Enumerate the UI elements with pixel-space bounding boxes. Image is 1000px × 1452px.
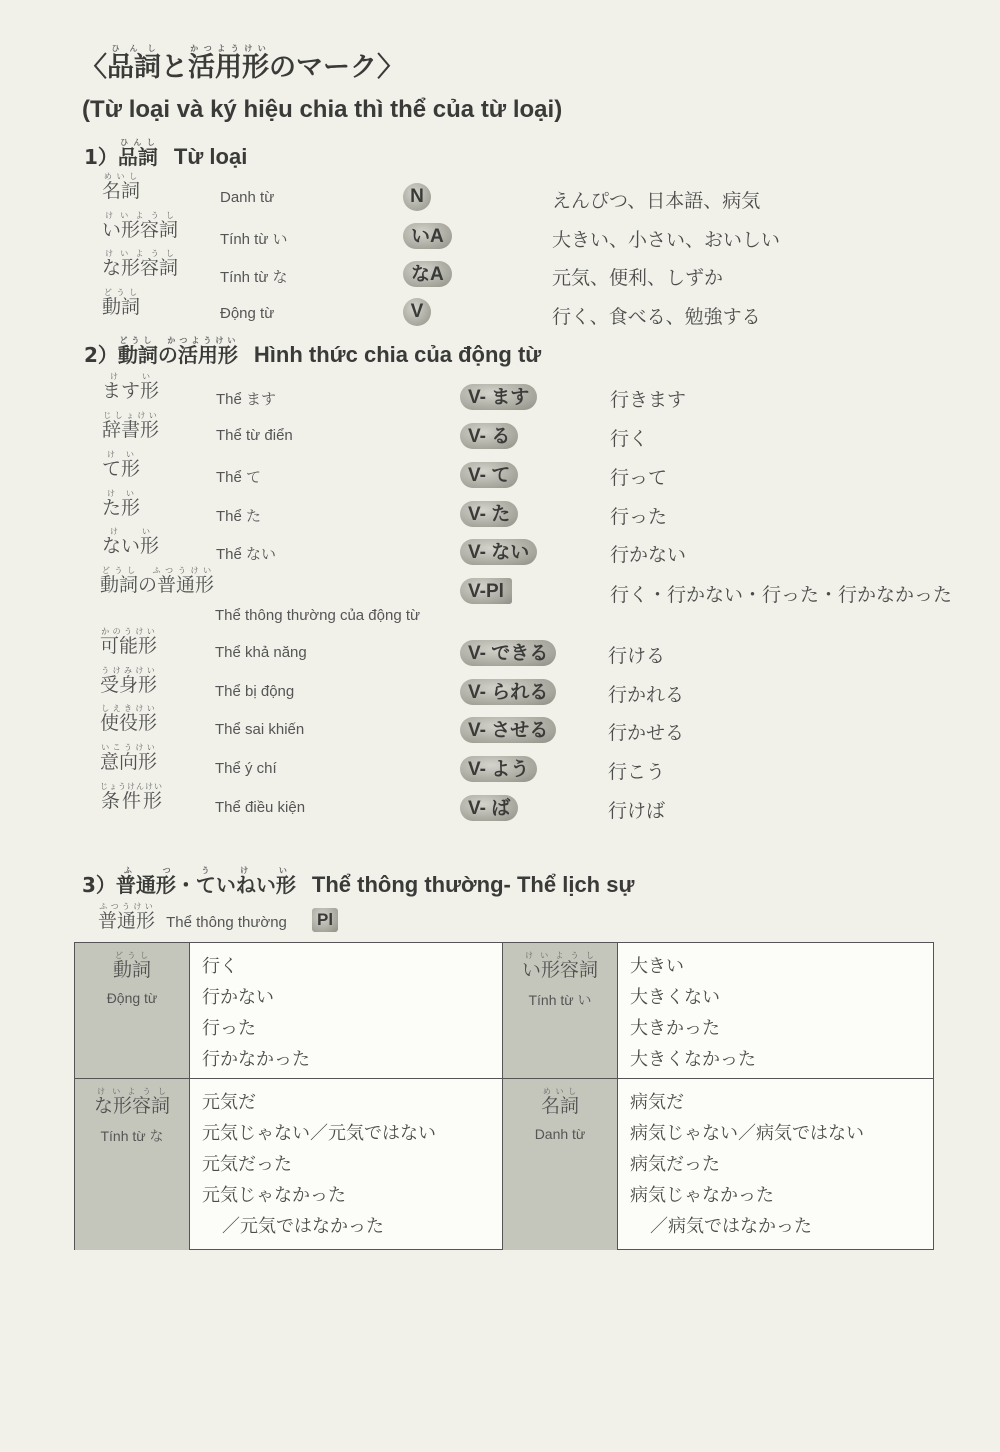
form-jp: 動詞の普通形どうし ふつうけい bbox=[100, 566, 214, 597]
form-jp: た形けい bbox=[102, 489, 140, 520]
term-examples: 大きい、小さい、おいしい bbox=[552, 225, 780, 252]
form-example: 行く・行かない・行った・行かなかった bbox=[610, 580, 952, 607]
form-example: 行く bbox=[610, 424, 648, 451]
badge-v-plain: V-Pl bbox=[460, 578, 512, 604]
form-vi: Thể ない bbox=[216, 543, 276, 564]
badge-v-dekiru: V- できる bbox=[460, 640, 556, 666]
plain-form-table: 動詞どうし Động từ 行く 行かない 行った 行かなかった い形容詞けいよ… bbox=[74, 942, 934, 1250]
badge-noun: N bbox=[403, 183, 431, 211]
badge-i-adjective: いA bbox=[403, 223, 452, 249]
form-vi: Thể thông thường của động từ bbox=[215, 607, 420, 624]
term-vi: Tính từ な bbox=[220, 266, 288, 287]
section-number: 1） bbox=[84, 145, 118, 169]
title-bracket-open: 〈 bbox=[80, 52, 107, 83]
page-title-jp: 〈品詞ひんしと活用形かつようけいのマーク〉 bbox=[80, 44, 404, 84]
page-title-vi: (Từ loại và ký hiệu chia thì thể của từ … bbox=[82, 96, 562, 124]
form-example: 行った bbox=[610, 502, 667, 529]
badge-v-saseru: V- させる bbox=[460, 717, 556, 743]
table-head-i-adjective: い形容詞けいようし Tính từ い bbox=[503, 943, 618, 1079]
table-cell-na-adjective-forms: 元気だ 元気じゃない／元気ではない 元気だった 元気じゃなかった ／元気ではなか… bbox=[190, 1079, 503, 1250]
sub-jp: 普通形ふつうけい bbox=[98, 910, 155, 932]
term-jp: 名詞めいし bbox=[102, 172, 140, 203]
form-vi: Thể ý chí bbox=[215, 760, 277, 777]
section-number: 3） bbox=[82, 873, 116, 897]
title-word-hinshi: 品詞ひんし bbox=[107, 52, 161, 83]
form-vi: Thể bị động bbox=[215, 683, 294, 700]
term-jp: 動詞どうし bbox=[102, 288, 140, 319]
form-vi: Thể khả năng bbox=[215, 644, 307, 661]
form-vi: Thể điều kiện bbox=[215, 799, 305, 816]
table-head-noun: 名詞めいし Danh từ bbox=[503, 1079, 618, 1250]
table-cell-verb-forms: 行く 行かない 行った 行かなかった bbox=[190, 943, 503, 1079]
form-vi: Thể từ điển bbox=[216, 427, 293, 444]
form-example: 行かれる bbox=[608, 680, 684, 707]
form-jp: て形けい bbox=[102, 450, 140, 481]
section-2-heading: 2）動詞の活用形どうし かつようけいHình thức chia của độn… bbox=[84, 336, 541, 368]
section-title-jp: 動詞の活用形どうし かつようけい bbox=[118, 343, 238, 367]
section-1-heading: 1）品詞ひんしTừ loại bbox=[84, 138, 247, 170]
section-number: 2） bbox=[84, 343, 118, 367]
term-examples: 行く、食べる、勉強する bbox=[552, 302, 761, 329]
form-example: 行って bbox=[610, 463, 667, 490]
form-jp: 条件形じょうけんけい bbox=[100, 782, 163, 813]
term-vi: Động từ bbox=[220, 305, 274, 322]
form-example: 行ける bbox=[608, 641, 665, 668]
form-vi: Thể た bbox=[216, 505, 261, 526]
form-jp: 可能形かのうけい bbox=[100, 627, 157, 658]
form-jp: 受身形うけみけい bbox=[100, 666, 157, 697]
section-3-heading: 3）普通形・ていねい形ふつうけいThể thông thường- Thể lị… bbox=[82, 866, 634, 898]
badge-v-te: V- て bbox=[460, 462, 518, 488]
section-title-jp: 普通形・ていねい形ふつうけい bbox=[116, 873, 296, 897]
form-jp: ます形けい bbox=[102, 372, 159, 403]
badge-v-you: V- よう bbox=[460, 756, 537, 782]
title-word-katsuyoukei: 活用形かつようけい bbox=[188, 52, 269, 83]
term-examples: えんぴつ、日本語、病気 bbox=[552, 186, 760, 213]
badge-verb: V bbox=[403, 298, 431, 326]
table-head-na-adjective: な形容詞けいようし Tính từ な bbox=[75, 1079, 190, 1250]
sub-vi: Thể thông thường bbox=[166, 914, 287, 931]
form-vi: Thể sai khiến bbox=[215, 721, 304, 738]
badge-na-adjective: なA bbox=[403, 261, 452, 287]
badge-v-ru: V- る bbox=[460, 423, 518, 449]
badge-plain: Pl bbox=[312, 908, 338, 932]
table-cell-i-adjective-forms: 大きい 大きくない 大きかった 大きくなかった bbox=[618, 943, 933, 1079]
badge-v-nai: V- ない bbox=[460, 539, 537, 565]
badge-v-rareru: V- られる bbox=[460, 679, 556, 705]
term-jp: い形容詞けいようし bbox=[102, 211, 178, 242]
form-jp: 辞書形じしょけい bbox=[102, 411, 159, 442]
form-vi: Thể て bbox=[216, 466, 261, 487]
term-examples: 元気、便利、しずか bbox=[552, 263, 723, 290]
form-example: 行かない bbox=[610, 540, 686, 567]
form-jp: 使役形しえきけい bbox=[100, 704, 157, 735]
form-example: 行きます bbox=[610, 385, 686, 412]
section-title-vi: Từ loại bbox=[174, 144, 247, 169]
title-suffix: のマーク〉 bbox=[269, 52, 404, 83]
textbook-page: 〈品詞ひんしと活用形かつようけいのマーク〉 (Từ loại và ký hiệ… bbox=[0, 0, 1000, 1452]
form-jp: ない形けい bbox=[102, 527, 159, 558]
badge-v-ba: V- ば bbox=[460, 795, 518, 821]
section-title-vi: Thể thông thường- Thể lịch sự bbox=[312, 872, 634, 897]
title-particle: と bbox=[161, 52, 188, 83]
form-example: 行こう bbox=[608, 757, 665, 784]
section-title-vi: Hình thức chia của động từ bbox=[254, 342, 541, 367]
term-vi: Tính từ い bbox=[220, 228, 288, 249]
section-title-jp: 品詞ひんし bbox=[118, 145, 158, 169]
term-vi: Danh từ bbox=[220, 189, 274, 206]
table-cell-noun-forms: 病気だ 病気じゃない／病気ではない 病気だった 病気じゃなかった ／病気ではなか… bbox=[618, 1079, 933, 1250]
form-example: 行かせる bbox=[608, 718, 684, 745]
plain-form-subheading: 普通形ふつうけい Thể thông thường Pl bbox=[98, 902, 338, 933]
term-jp: な形容詞けいようし bbox=[102, 249, 178, 280]
badge-v-ta: V- た bbox=[460, 501, 518, 527]
badge-v-masu: V- ます bbox=[460, 384, 537, 410]
form-vi: Thể ます bbox=[216, 388, 276, 409]
form-example: 行けば bbox=[608, 796, 665, 823]
form-jp: 意向形いこうけい bbox=[100, 743, 157, 774]
table-head-verb: 動詞どうし Động từ bbox=[75, 943, 190, 1079]
